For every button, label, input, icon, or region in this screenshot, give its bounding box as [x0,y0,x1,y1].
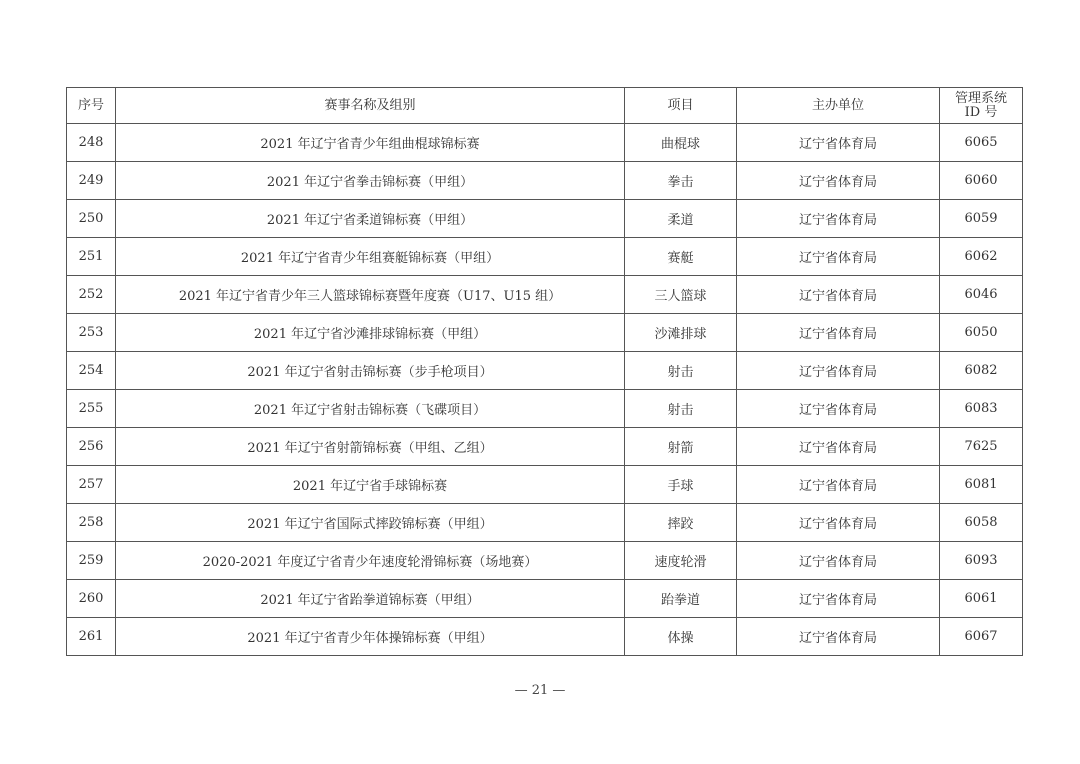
cell-event-name: 2020-2021 年度辽宁省青少年速度轮滑锦标赛（场地赛） [116,542,625,580]
cell-seq: 259 [67,542,116,580]
cell-organizer: 辽宁省体育局 [737,314,940,352]
table-body: 2482021 年辽宁省青少年组曲棍球锦标赛曲棍球辽宁省体育局6065 2492… [67,124,1023,656]
table-row: 2482021 年辽宁省青少年组曲棍球锦标赛曲棍球辽宁省体育局6065 [67,124,1023,162]
header-system-id-line2: ID 号 [940,106,1022,120]
table-row: 2582021 年辽宁省国际式摔跤锦标赛（甲组）摔跤辽宁省体育局6058 [67,504,1023,542]
cell-system-id: 6062 [940,238,1023,276]
cell-event-name: 2021 年辽宁省射击锦标赛（步手枪项目） [116,352,625,390]
cell-system-id: 6059 [940,200,1023,238]
table-row: 2612021 年辽宁省青少年体操锦标赛（甲组）体操辽宁省体育局6067 [67,618,1023,656]
table-row: 2512021 年辽宁省青少年组赛艇锦标赛（甲组）赛艇辽宁省体育局6062 [67,238,1023,276]
cell-system-id: 6065 [940,124,1023,162]
table-row: 2532021 年辽宁省沙滩排球锦标赛（甲组）沙滩排球辽宁省体育局6050 [67,314,1023,352]
cell-system-id: 6060 [940,162,1023,200]
cell-sport: 体操 [625,618,737,656]
cell-event-name: 2021 年辽宁省青少年体操锦标赛（甲组） [116,618,625,656]
cell-seq: 251 [67,238,116,276]
table-header-row: 序号 赛事名称及组别 项目 主办单位 管理系统 ID 号 [67,88,1023,124]
cell-organizer: 辽宁省体育局 [737,238,940,276]
header-event-name: 赛事名称及组别 [116,88,625,124]
cell-system-id: 6050 [940,314,1023,352]
header-system-id: 管理系统 ID 号 [940,88,1023,124]
table-row: 2592020-2021 年度辽宁省青少年速度轮滑锦标赛（场地赛）速度轮滑辽宁省… [67,542,1023,580]
cell-event-name: 2021 年辽宁省柔道锦标赛（甲组） [116,200,625,238]
cell-event-name: 2021 年辽宁省射击锦标赛（飞碟项目） [116,390,625,428]
cell-organizer: 辽宁省体育局 [737,352,940,390]
cell-organizer: 辽宁省体育局 [737,124,940,162]
cell-seq: 250 [67,200,116,238]
cell-event-name: 2021 年辽宁省青少年组赛艇锦标赛（甲组） [116,238,625,276]
table-row: 2562021 年辽宁省射箭锦标赛（甲组、乙组）射箭辽宁省体育局7625 [67,428,1023,466]
cell-seq: 249 [67,162,116,200]
cell-event-name: 2021 年辽宁省国际式摔跤锦标赛（甲组） [116,504,625,542]
cell-organizer: 辽宁省体育局 [737,200,940,238]
page-number: — 21 — [0,683,1080,698]
cell-sport: 跆拳道 [625,580,737,618]
cell-organizer: 辽宁省体育局 [737,618,940,656]
cell-system-id: 6083 [940,390,1023,428]
cell-sport: 拳击 [625,162,737,200]
cell-event-name: 2021 年辽宁省手球锦标赛 [116,466,625,504]
cell-organizer: 辽宁省体育局 [737,466,940,504]
cell-organizer: 辽宁省体育局 [737,162,940,200]
table-row: 2522021 年辽宁省青少年三人篮球锦标赛暨年度赛（U17、U15 组）三人篮… [67,276,1023,314]
cell-seq: 258 [67,504,116,542]
cell-system-id: 6061 [940,580,1023,618]
cell-seq: 256 [67,428,116,466]
cell-system-id: 6081 [940,466,1023,504]
cell-organizer: 辽宁省体育局 [737,580,940,618]
cell-sport: 赛艇 [625,238,737,276]
events-table: 序号 赛事名称及组别 项目 主办单位 管理系统 ID 号 2482021 年辽宁… [66,87,1023,656]
header-seq: 序号 [67,88,116,124]
header-sport: 项目 [625,88,737,124]
cell-system-id: 6058 [940,504,1023,542]
table-row: 2492021 年辽宁省拳击锦标赛（甲组）拳击辽宁省体育局6060 [67,162,1023,200]
table-row: 2572021 年辽宁省手球锦标赛手球辽宁省体育局6081 [67,466,1023,504]
cell-sport: 曲棍球 [625,124,737,162]
cell-system-id: 7625 [940,428,1023,466]
cell-sport: 三人篮球 [625,276,737,314]
cell-organizer: 辽宁省体育局 [737,428,940,466]
cell-event-name: 2021 年辽宁省青少年组曲棍球锦标赛 [116,124,625,162]
cell-seq: 248 [67,124,116,162]
cell-event-name: 2021 年辽宁省拳击锦标赛（甲组） [116,162,625,200]
cell-seq: 253 [67,314,116,352]
table-row: 2602021 年辽宁省跆拳道锦标赛（甲组）跆拳道辽宁省体育局6061 [67,580,1023,618]
cell-organizer: 辽宁省体育局 [737,504,940,542]
table-row: 2552021 年辽宁省射击锦标赛（飞碟项目）射击辽宁省体育局6083 [67,390,1023,428]
cell-sport: 速度轮滑 [625,542,737,580]
cell-seq: 252 [67,276,116,314]
cell-organizer: 辽宁省体育局 [737,542,940,580]
cell-organizer: 辽宁省体育局 [737,276,940,314]
cell-event-name: 2021 年辽宁省跆拳道锦标赛（甲组） [116,580,625,618]
cell-seq: 260 [67,580,116,618]
cell-seq: 261 [67,618,116,656]
cell-sport: 射击 [625,352,737,390]
cell-system-id: 6067 [940,618,1023,656]
cell-system-id: 6093 [940,542,1023,580]
header-organizer: 主办单位 [737,88,940,124]
cell-event-name: 2021 年辽宁省射箭锦标赛（甲组、乙组） [116,428,625,466]
cell-sport: 射箭 [625,428,737,466]
cell-seq: 255 [67,390,116,428]
cell-system-id: 6082 [940,352,1023,390]
header-system-id-line1: 管理系统 [940,92,1022,106]
cell-sport: 柔道 [625,200,737,238]
cell-organizer: 辽宁省体育局 [737,390,940,428]
cell-event-name: 2021 年辽宁省青少年三人篮球锦标赛暨年度赛（U17、U15 组） [116,276,625,314]
cell-sport: 射击 [625,390,737,428]
cell-event-name: 2021 年辽宁省沙滩排球锦标赛（甲组） [116,314,625,352]
cell-sport: 手球 [625,466,737,504]
table-row: 2542021 年辽宁省射击锦标赛（步手枪项目）射击辽宁省体育局6082 [67,352,1023,390]
cell-sport: 沙滩排球 [625,314,737,352]
cell-sport: 摔跤 [625,504,737,542]
cell-system-id: 6046 [940,276,1023,314]
cell-seq: 254 [67,352,116,390]
cell-seq: 257 [67,466,116,504]
table-row: 2502021 年辽宁省柔道锦标赛（甲组）柔道辽宁省体育局6059 [67,200,1023,238]
